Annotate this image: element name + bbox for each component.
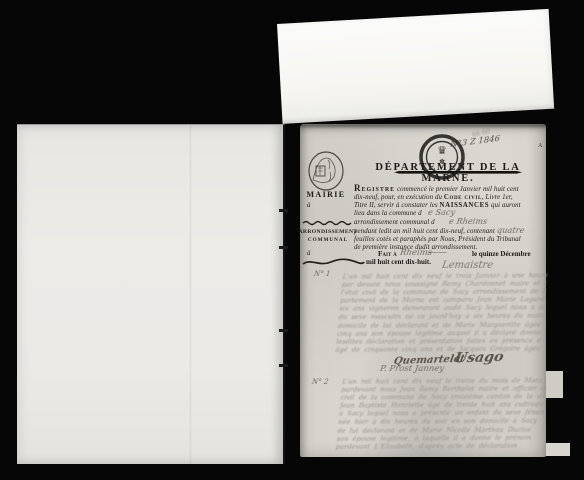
register-paragraph: Registre commencé le premier Janvier mil… (354, 185, 544, 251)
loose-white-paper (277, 9, 554, 124)
margin-squiggle-rule (302, 220, 354, 226)
margin-label-mairie: MAIRIE (302, 190, 350, 199)
entry-line: pardevant L'Elizabeth, d'après acte de d… (335, 441, 541, 451)
header-rule (394, 171, 522, 174)
bracket-flourish (301, 258, 365, 268)
date-line-2: mil huit cent dix-huit. (366, 258, 431, 266)
register-scan: 66 68 N°3 Z 1846 A DÉPARTEMENT DE LA MAR… (0, 0, 584, 480)
paragraph-line: dix-neuf, pour, en exécution du Code civ… (354, 194, 544, 202)
svg-text:♛: ♛ (437, 145, 447, 157)
fait-a-label: Fait à (378, 250, 397, 258)
register-title-page: 66 68 N°3 Z 1846 A DÉPARTEMENT DE LA MAR… (300, 124, 546, 457)
svg-text:✽: ✽ (439, 158, 445, 166)
margin-a-1: à (307, 201, 311, 209)
handwritten-arrondissement: e Rheims (448, 218, 487, 226)
entry-2-margin-number: N° 2 (311, 378, 328, 386)
mairie-vignette-seal-icon (307, 150, 345, 192)
entry-line: âgé de cinquante cinq ans et de Jacques … (335, 344, 541, 354)
binding-stitch (279, 364, 288, 367)
president-signature: Lemaistre (441, 260, 494, 271)
page-edge-shadow (300, 124, 546, 129)
margin-a-2: à (307, 249, 311, 257)
binding-stitch (279, 329, 288, 332)
left-blank-page (17, 124, 285, 464)
entry-2-handwritten-text: L'an mil huit cent dix neuf le treize du… (335, 376, 547, 450)
entry-2-heading: P. Prost Janney (379, 364, 444, 374)
binding-stitch (279, 246, 288, 249)
paragraph-line: Registre commencé le premier Janvier mil… (354, 185, 544, 194)
entry-1-signature-2: Usago (453, 349, 504, 367)
underlying-page-edge-bottom (544, 443, 570, 456)
entry-1-margin-number: N° 1 (313, 270, 330, 278)
round-official-stamp-icon: ♛ ✽ (418, 133, 466, 181)
underlying-page-edge-top (544, 371, 563, 398)
binding-stitch (279, 209, 288, 212)
corner-letter-mark: A (538, 143, 543, 149)
paragraph-line: feuilles cotés et paraphés par Nous, Pré… (354, 236, 544, 244)
fill-line: ——— (428, 248, 446, 256)
page-crease (189, 125, 192, 464)
date-quinze-decembre: le quinze Décembre (472, 250, 531, 258)
margin-label-communal: COMMUNAL (298, 237, 358, 243)
entry-1-handwritten-text: L'an mil huit cent dix neuf le trois Jan… (335, 271, 548, 353)
handwritten-feuilles-count: quatre (496, 227, 525, 235)
margin-label-arrondissement: ARRONDISSEMENT (298, 229, 358, 235)
paragraph-line: pendant ledit an mil huit cent dix-neuf,… (354, 227, 544, 236)
